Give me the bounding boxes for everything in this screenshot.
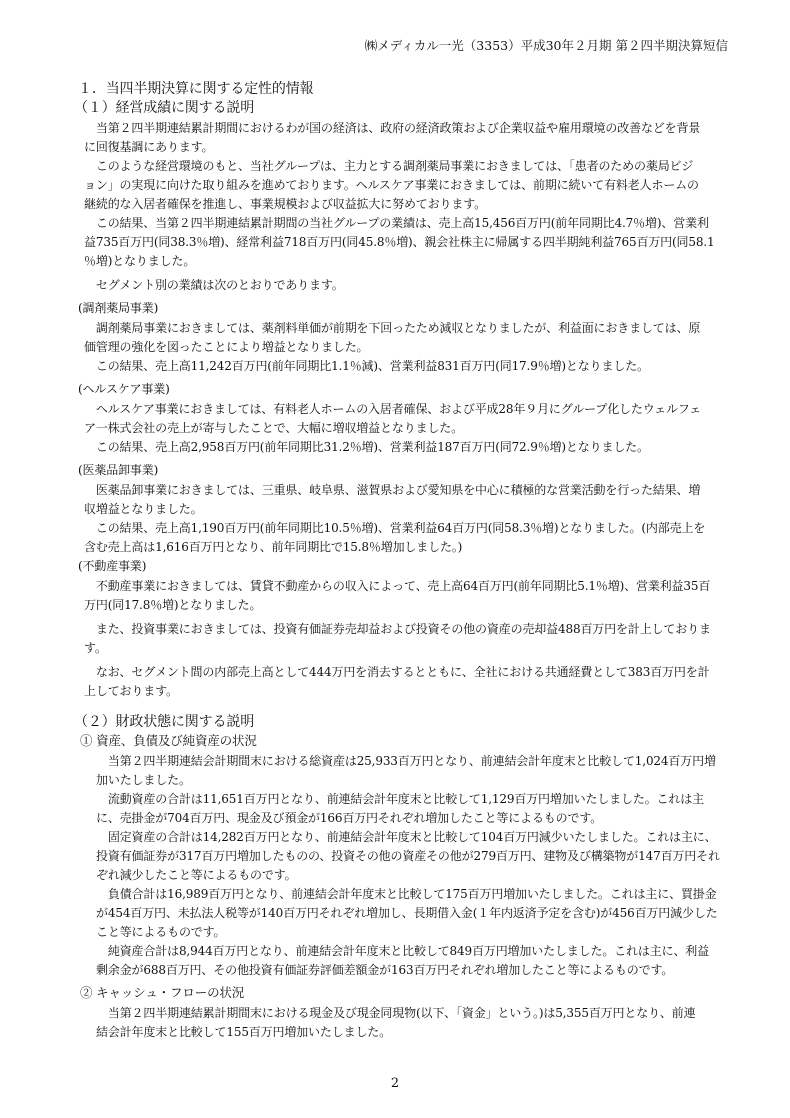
paragraph-line: 調剤薬局事業におきましては、薬剤料単価が前期を下回ったため減収となりましたが、利… (84, 320, 700, 336)
subsection-title-business-results: （１）経営成績に関する説明 (74, 99, 254, 117)
segment-title: (ヘルスケア事業) (78, 381, 170, 397)
paragraph-line: 収増益となりました。 (84, 501, 203, 517)
paragraph-line: 投資有価証券が317百万円増加したものの、投資その他の資産その他が279百万円、… (96, 848, 720, 864)
paragraph-line: この結果、売上高1,190百万円(前年同期比10.5％増)、営業利益64百万円(… (84, 520, 705, 536)
paragraph-line: 上しております。 (84, 683, 178, 699)
paragraph-line: 加いたしました。 (96, 772, 191, 788)
paragraph-line: 剰余金が688百万円、その他投資有価証券評価差額金が163百万円それぞれ増加した… (96, 962, 673, 978)
segment-title: (不動産事業) (78, 558, 146, 574)
paragraph-line: 医薬品卸事業におきましては、三重県、岐阜県、滋賀県および愛知県を中心に積極的な営… (84, 482, 700, 498)
paragraph-line: ぞれ減少したこと等によるものです。 (96, 867, 297, 883)
paragraph-line: なお、セグメント間の内部売上高として444万円を消去するとともに、全社における共… (84, 664, 709, 680)
paragraph-line: 当第２四半期連結会計期間末における総資産は25,933百万円となり、前連結会計年… (96, 753, 716, 769)
paragraph-line: ア一株式会社の売上が寄与したことで、大幅に増収増益となりました。 (84, 420, 463, 436)
section-title: １．当四半期決算に関する定性的情報 (78, 80, 313, 98)
paragraph-line: 純資産合計は8,944百万円となり、前連結会計年度末と比較して849百万円増加い… (96, 943, 709, 959)
paragraph-line: 含む売上高は1,616百万円となり、前年同期比で15.8％増加しました。) (84, 539, 462, 555)
paragraph-line: 継続的な入居者確保を推進し、事業規模および収益拡大に努めております。 (84, 196, 486, 212)
paragraph-line: ％増)となりました。 (84, 253, 195, 269)
paragraph-line: に、売掛金が704百万円、現金及び預金が166百万円それぞれ増加したこと等による… (96, 810, 602, 826)
paragraph-line: が454百万円、未払法人税等が140百万円それぞれ増加し、長期借入金(１年内返済… (96, 905, 718, 921)
paragraph-line: セグメント別の業績は次のとおりであります。 (84, 277, 344, 293)
paragraph-line: す。 (84, 640, 107, 656)
segment-title: (調剤薬局事業) (78, 300, 158, 316)
subsection-title-financial-position: （２）財政状態に関する説明 (74, 713, 254, 731)
segment-title: (医薬品卸事業) (78, 462, 158, 478)
paragraph-line: ョン」の実現に向けた取り組みを進めております。ヘルスケア事業におきましては、前期… (84, 177, 699, 193)
item-title-assets-liabilities: ① 資産、負債及び純資産の状況 (80, 733, 257, 749)
paragraph-line: こと等によるものです。 (96, 924, 225, 940)
paragraph-line: 結会計年度末と比較して155百万円増加いたしました。 (96, 1024, 391, 1040)
paragraph-line: に回復基調にあります。 (84, 139, 213, 155)
paragraph-line: このような経営環境のもと、当社グループは、主力とする調剤薬局事業におきましては、… (84, 158, 693, 174)
page-header: ㈱メディカル一光（3353）平成30年２月期 第２四半期決算短信 (365, 36, 728, 54)
paragraph-line: また、投資事業におきましては、投資有価証券売却益および投資その他の資産の売却益4… (84, 621, 711, 637)
item-title-cash-flow: ② キャッシュ・フローの状況 (80, 985, 244, 1001)
paragraph-line: 価管理の強化を図ったことにより増益となりました。 (84, 339, 368, 355)
paragraph-line: 当第２四半期連結累計期間におけるわが国の経済は、政府の経済政策および企業収益や雇… (84, 120, 700, 136)
paragraph-line: 不動産事業におきましては、賃貸不動産からの収入によって、売上高64百万円(前年同… (84, 578, 710, 594)
paragraph-line: 固定資産の合計は14,282百万円となり、前連結会計年度末と比較して104百万円… (96, 829, 717, 845)
paragraph-line: この結果、売上高11,242百万円(前年同期比1.1％減)、営業利益831百万円… (84, 358, 649, 374)
paragraph-line: 流動資産の合計は11,651百万円となり、前連結会計年度末と比較して1,129百… (96, 791, 704, 807)
paragraph-line: この結果、売上高2,958百万円(前年同期比31.2％増)、営業利益187百万円… (84, 439, 649, 455)
paragraph-line: 当第２四半期連結累計期間末における現金及び現金同現物(以下、「資金」という。)は… (96, 1005, 695, 1021)
paragraph-line: 万円(同17.8％増)となりました。 (84, 597, 261, 613)
page-number: 2 (0, 1076, 790, 1091)
paragraph-line: 負債合計は16,989百万円となり、前連結会計年度末と比較して175百万円増加い… (96, 886, 717, 902)
paragraph-line: ヘルスケア事業におきましては、有料老人ホームの入居者確保、および平成28年９月に… (84, 401, 701, 417)
paragraph-line: この結果、当第２四半期連結累計期間の当社グループの業績は、売上高15,456百万… (84, 215, 709, 231)
paragraph-line: 益735百万円(同38.3％増)、経常利益718百万円(同45.8％増)、親会社… (84, 234, 715, 250)
